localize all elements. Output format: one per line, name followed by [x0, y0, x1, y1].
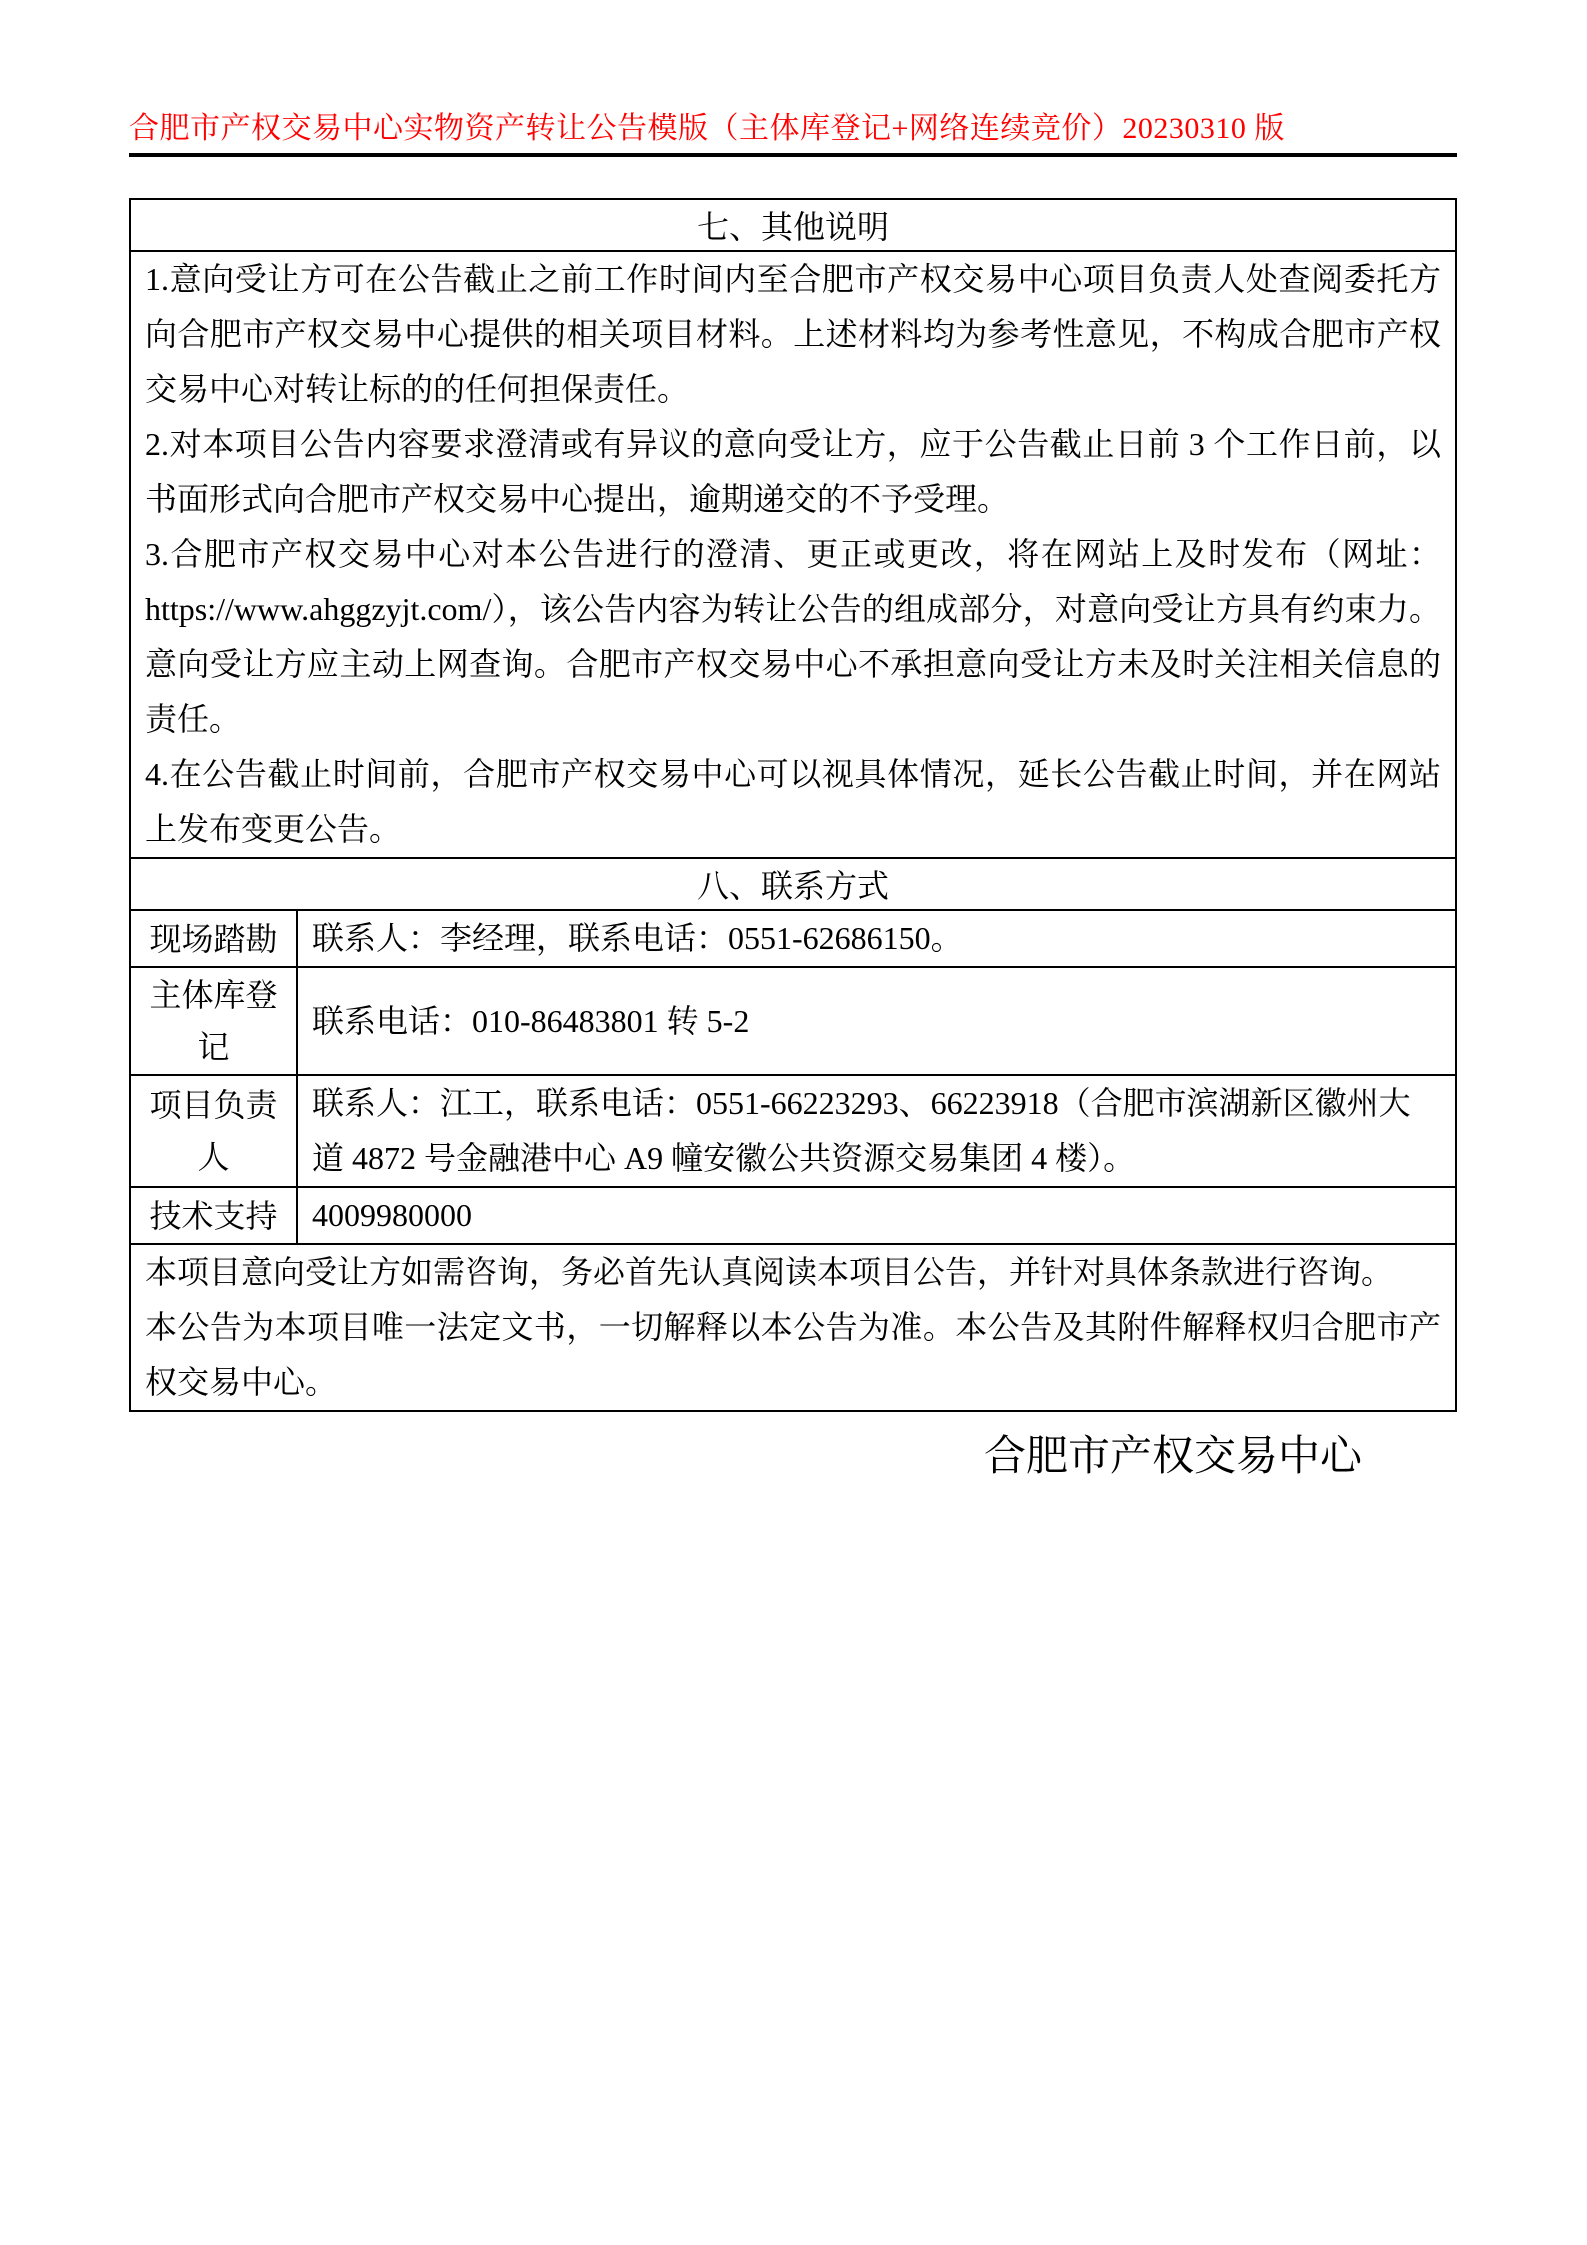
- contact-row-tech-support: 技术支持 4009980000: [130, 1187, 1456, 1244]
- document-page: 合肥市产权交易中心实物资产转让公告模版（主体库登记+网络连续竞价）2023031…: [0, 0, 1587, 2245]
- contact-label-text: 现场踏勘: [149, 913, 277, 965]
- template-version-note: 合肥市产权交易中心实物资产转让公告模版（主体库登记+网络连续竞价）2023031…: [129, 112, 1457, 146]
- document-content: 合肥市产权交易中心实物资产转让公告模版（主体库登记+网络连续竞价）2023031…: [129, 0, 1457, 1480]
- contact-value-tech-support: 4009980000: [297, 1187, 1456, 1244]
- notice-cell: 本项目意向受让方如需咨询，务必首先认真阅读本项目公告，并针对具体条款进行咨询。 …: [130, 1244, 1456, 1411]
- contact-value-project-manager: 联系人：江工，联系电话：0551-66223293、66223918（合肥市滨湖…: [297, 1075, 1456, 1187]
- header-divider: [129, 153, 1457, 157]
- section-other-body-row: 1.意向受让方可在公告截止之前工作时间内至合肥市产权交易中心项目负责人处查阅委托…: [130, 251, 1456, 858]
- section-contact-header-row: 八、联系方式: [130, 858, 1456, 910]
- contact-row-project-manager: 项目负责人 联系人：江工，联系电话：0551-66223293、66223918…: [130, 1075, 1456, 1187]
- section-title-other-notes: 七、其他说明: [130, 199, 1456, 251]
- contact-label-site-survey: 现场踏勘: [130, 910, 297, 967]
- contact-value-registry: 联系电话：010-86483801 转 5-2: [297, 967, 1456, 1075]
- contact-row-registry: 主体库登记 联系电话：010-86483801 转 5-2: [130, 967, 1456, 1075]
- contact-label-text: 主体库登记: [143, 969, 284, 1073]
- section-other-header-row: 七、其他说明: [130, 199, 1456, 251]
- other-note-paragraph-4: 4.在公告截止时间前，合肥市产权交易中心可以视具体情况，延长公告截止时间，并在网…: [145, 747, 1441, 857]
- section-title-contact: 八、联系方式: [130, 858, 1456, 910]
- other-note-paragraph-1: 1.意向受让方可在公告截止之前工作时间内至合肥市产权交易中心项目负责人处查阅委托…: [145, 252, 1441, 417]
- contact-row-site-survey: 现场踏勘 联系人：李经理，联系电话：0551-62686150。: [130, 910, 1456, 967]
- other-notes-cell: 1.意向受让方可在公告截止之前工作时间内至合肥市产权交易中心项目负责人处查阅委托…: [130, 251, 1456, 858]
- contact-label-text: 项目负责人: [143, 1079, 284, 1183]
- announcement-table: 七、其他说明 1.意向受让方可在公告截止之前工作时间内至合肥市产权交易中心项目负…: [129, 198, 1457, 1412]
- issuer-signature: 合肥市产权交易中心: [129, 1434, 1457, 1480]
- notice-paragraph-1: 本项目意向受让方如需咨询，务必首先认真阅读本项目公告，并针对具体条款进行咨询。: [145, 1245, 1441, 1300]
- notice-paragraph-2: 本公告为本项目唯一法定文书，一切解释以本公告为准。本公告及其附件解释权归合肥市产…: [145, 1300, 1441, 1410]
- contact-label-tech-support: 技术支持: [130, 1187, 297, 1244]
- other-note-paragraph-2: 2.对本项目公告内容要求澄清或有异议的意向受让方，应于公告截止日前 3 个工作日…: [145, 417, 1441, 527]
- other-note-paragraph-3: 3.合肥市产权交易中心对本公告进行的澄清、更正或更改，将在网站上及时发布（网址：…: [145, 527, 1441, 747]
- contact-label-registry: 主体库登记: [130, 967, 297, 1075]
- contact-label-text: 技术支持: [149, 1190, 277, 1242]
- contact-value-site-survey: 联系人：李经理，联系电话：0551-62686150。: [297, 910, 1456, 967]
- contact-label-project-manager: 项目负责人: [130, 1075, 297, 1187]
- notice-row: 本项目意向受让方如需咨询，务必首先认真阅读本项目公告，并针对具体条款进行咨询。 …: [130, 1244, 1456, 1411]
